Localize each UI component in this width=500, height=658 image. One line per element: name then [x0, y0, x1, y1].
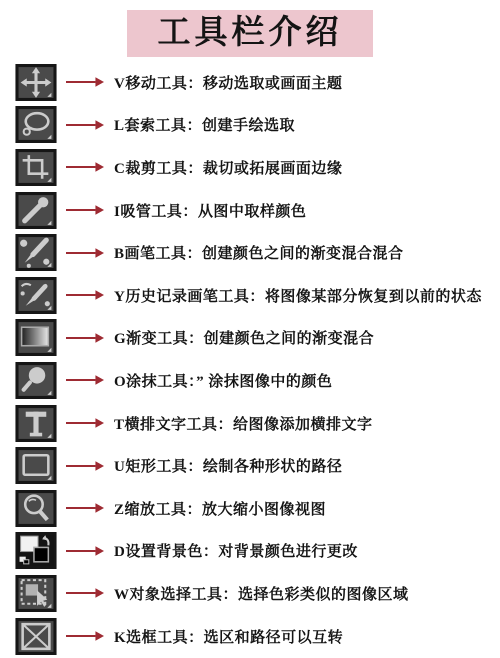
arrow-icon: [66, 630, 104, 642]
tool-row: V移动工具：移动选取或画面主题: [0, 61, 500, 104]
tool-label: D设置背景色：对背景颜色进行更改: [114, 540, 358, 561]
arrow-icon: [66, 119, 104, 131]
tool-label: U矩形工具：绘制各种形状的路径: [114, 455, 342, 476]
tool-row: Y历史记录画笔工具：将图像某部分恢复到以前的状态: [0, 274, 500, 317]
tool-row: L套索工具：创建手绘选取: [0, 104, 500, 147]
tool-row: K选框工具：选区和路径可以互转: [0, 615, 500, 658]
brush-tool-icon: [15, 234, 57, 271]
tool-label: K选框工具：选区和路径可以互转: [114, 626, 343, 647]
move-tool-icon: [15, 64, 57, 101]
type-tool-icon: [15, 405, 57, 442]
arrow-icon: [66, 545, 104, 557]
gradient-tool-icon: [15, 319, 57, 356]
tool-row: G渐变工具：创建颜色之间的渐变混合: [0, 317, 500, 360]
tool-label: C裁剪工具：裁切或拓展画面边缘: [114, 157, 342, 178]
arrow-icon: [66, 247, 104, 259]
arrow-icon: [66, 587, 104, 599]
eyedropper-tool-icon: [15, 192, 57, 229]
arrow-icon: [66, 76, 104, 88]
tool-label: W对象选择工具：选择色彩类似的图像区域: [114, 583, 409, 604]
lasso-tool-icon: [15, 106, 57, 143]
frame-tool-icon: [15, 618, 57, 655]
arrow-icon: [66, 502, 104, 514]
tool-label: G渐变工具：创建颜色之间的渐变混合: [114, 327, 374, 348]
tool-label: Y历史记录画笔工具：将图像某部分恢复到以前的状态: [114, 285, 482, 306]
arrow-icon: [66, 289, 104, 301]
tool-label: T横排文字工具：给图像添加横排文字: [114, 413, 373, 434]
tool-row: Z缩放工具：放大缩小图像视图: [0, 487, 500, 530]
arrow-icon: [66, 417, 104, 429]
background-color-icon: [15, 532, 57, 569]
tool-row: U矩形工具：绘制各种形状的路径: [0, 444, 500, 487]
tool-row: C裁剪工具：裁切或拓展画面边缘: [0, 146, 500, 189]
tool-label: O涂抹工具：” 涂抹图像中的颜色: [114, 370, 332, 391]
tool-label: V移动工具：移动选取或画面主题: [114, 72, 342, 93]
arrow-icon: [66, 332, 104, 344]
object-selection-tool-icon: [15, 575, 57, 612]
page-title: 工具栏介绍: [127, 10, 373, 57]
tool-list: V移动工具：移动选取或画面主题 L套索工具：创建手绘选取: [0, 61, 500, 657]
zoom-tool-icon: [15, 490, 57, 527]
tool-row: O涂抹工具：” 涂抹图像中的颜色: [0, 359, 500, 402]
tool-row: I吸管工具：从图中取样颜色: [0, 189, 500, 232]
tool-label: I吸管工具：从图中取样颜色: [114, 200, 306, 221]
tool-label: Z缩放工具：放大缩小图像视图: [114, 498, 326, 519]
tool-label: L套索工具：创建手绘选取: [114, 114, 295, 135]
arrow-icon: [66, 161, 104, 173]
tool-row: D设置背景色：对背景颜色进行更改: [0, 530, 500, 573]
arrow-icon: [66, 460, 104, 472]
history-brush-tool-icon: [15, 277, 57, 314]
infographic-page: 工具栏介绍 V移动工具：移动选取或画面主题: [0, 0, 500, 658]
smudge-tool-icon: [15, 362, 57, 399]
tool-row: W对象选择工具：选择色彩类似的图像区域: [0, 572, 500, 615]
tool-row: T横排文字工具：给图像添加横排文字: [0, 402, 500, 445]
tool-row: B画笔工具：创建颜色之间的渐变混合混合: [0, 231, 500, 274]
arrow-icon: [66, 204, 104, 216]
tool-label: B画笔工具：创建颜色之间的渐变混合混合: [114, 242, 404, 263]
crop-tool-icon: [15, 149, 57, 186]
rectangle-tool-icon: [15, 447, 57, 484]
arrow-icon: [66, 374, 104, 386]
